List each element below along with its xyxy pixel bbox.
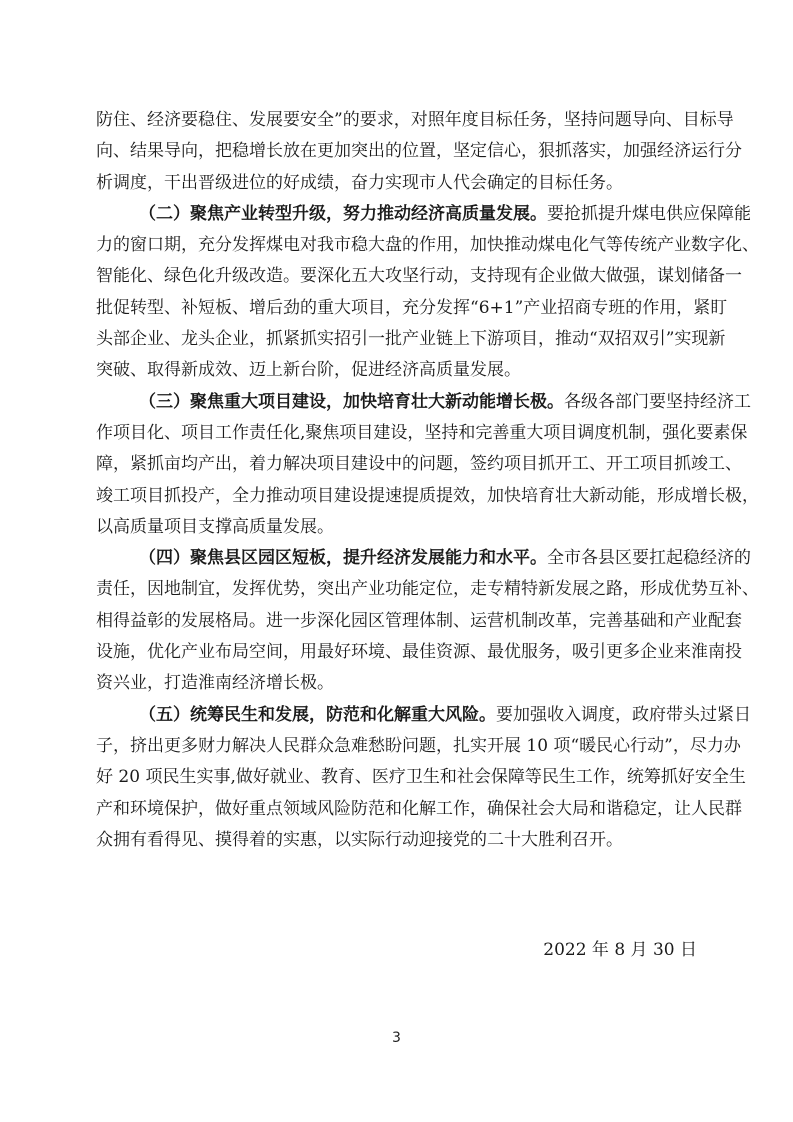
text-line: 障，紧抓亩均产出，着力解决项目建设中的问题，签约项目抓开工、开工项目抓竣工、 [96, 449, 698, 480]
page-number: 3 [0, 1030, 793, 1046]
text-line: 以高质量项目支撑高质量发展。 [96, 512, 698, 543]
text-line: 防住、经济要稳住、发展要安全”的要求，对照年度目标任务，坚持问题导向、目标导 [96, 105, 698, 136]
text-line: 力的窗口期，充分发挥煤电对我市稳大盘的作用，加快推动煤电化气等传统产业数字化、 [96, 230, 698, 261]
document-body: 防住、经济要稳住、发展要安全”的要求，对照年度目标任务，坚持问题导向、目标导 向… [96, 105, 698, 856]
text-line: 头部企业、龙头企业，抓紧抓实招引一批产业链上下游项目，推动“双招双引”实现新 [96, 324, 698, 355]
text-line: 析调度，干出晋级进位的好成绩，奋力实现市人代会确定的目标任务。 [96, 168, 698, 199]
section-5-first-line: （五）统筹民生和发展，防范和化解重大风险。要加强收入调度，政府带头过紧日 [96, 700, 698, 731]
text-line: 设施，优化产业布局空间，用最好环境、最佳资源、最优服务，吸引更多企业来淮南投 [96, 637, 698, 668]
text-span: 各级各部门要坚持经济工 [564, 392, 751, 412]
text-span: 全市各县区要扛起稳经济的 [547, 548, 751, 568]
text-line: 智能化、绿色化升级改造。要深化五大攻坚行动，支持现有企业做大做强，谋划储备一 [96, 261, 698, 292]
text-line: 责任，因地制宜，发挥优势，突出产业功能定位，走专精特新发展之路，形成优势互补、 [96, 574, 698, 605]
text-line: 资兴业，打造淮南经济增长极。 [96, 668, 698, 699]
text-line: 突破、取得新成效、迈上新台阶，促进经济高质量发展。 [96, 355, 698, 386]
text-line: 作项目化、项目工作责任化,聚焦项目建设，坚持和完善重大项目调度机制，强化要素保 [96, 418, 698, 449]
text-line: 批促转型、补短板、增后劲的重大项目，充分发挥“6+1”产业招商专班的作用，紧盯 [96, 293, 698, 324]
section-3-first-line: （三）聚焦重大项目建设，加快培育壮大新动能增长极。各级各部门要坚持经济工 [96, 387, 698, 418]
text-span: 要抢抓提升煤电供应保障能 [547, 204, 751, 224]
text-span: 要加强收入调度，政府带头过紧日 [496, 705, 751, 725]
text-line: 子，挤出更多财力解决人民群众急难愁盼问题，扎实开展 10 项“暖民心行动”，尽力… [96, 731, 698, 762]
document-date: 2022 年 8 月 30 日 [543, 936, 697, 964]
section-heading-4: （四）聚焦县区园区短板，提升经济发展能力和水平。 [139, 548, 547, 568]
text-line: 众拥有看得见、摸得着的实惠，以实际行动迎接党的二十大胜利召开。 [96, 825, 698, 856]
text-line: 产和环境保护，做好重点领域风险防范和化解工作，确保社会大局和谐稳定，让人民群 [96, 794, 698, 825]
text-line: 相得益彰的发展格局。进一步深化园区管理体制、运营机制改革，完善基础和产业配套 [96, 606, 698, 637]
section-4-first-line: （四）聚焦县区园区短板，提升经济发展能力和水平。全市各县区要扛起稳经济的 [96, 543, 698, 574]
document-page: 防住、经济要稳住、发展要安全”的要求，对照年度目标任务，坚持问题导向、目标导 向… [0, 0, 793, 1122]
text-line: 竣工项目抓投产，全力推动项目建设提速提质提效，加快培育壮大新动能，形成增长极， [96, 481, 698, 512]
section-2-first-line: （二）聚焦产业转型升级，努力推动经济高质量发展。要抢抓提升煤电供应保障能 [96, 199, 698, 230]
section-heading-2: （二）聚焦产业转型升级，努力推动经济高质量发展。 [139, 204, 547, 224]
text-line: 向、结果导向，把稳增长放在更加突出的位置，坚定信心，狠抓落实，加强经济运行分 [96, 136, 698, 167]
section-heading-3: （三）聚焦重大项目建设，加快培育壮大新动能增长极。 [139, 392, 564, 412]
section-heading-5: （五）统筹民生和发展，防范和化解重大风险。 [139, 705, 496, 725]
text-line: 好 20 项民生实事,做好就业、教育、医疗卫生和社会保障等民生工作，统筹抓好安全… [96, 762, 698, 793]
